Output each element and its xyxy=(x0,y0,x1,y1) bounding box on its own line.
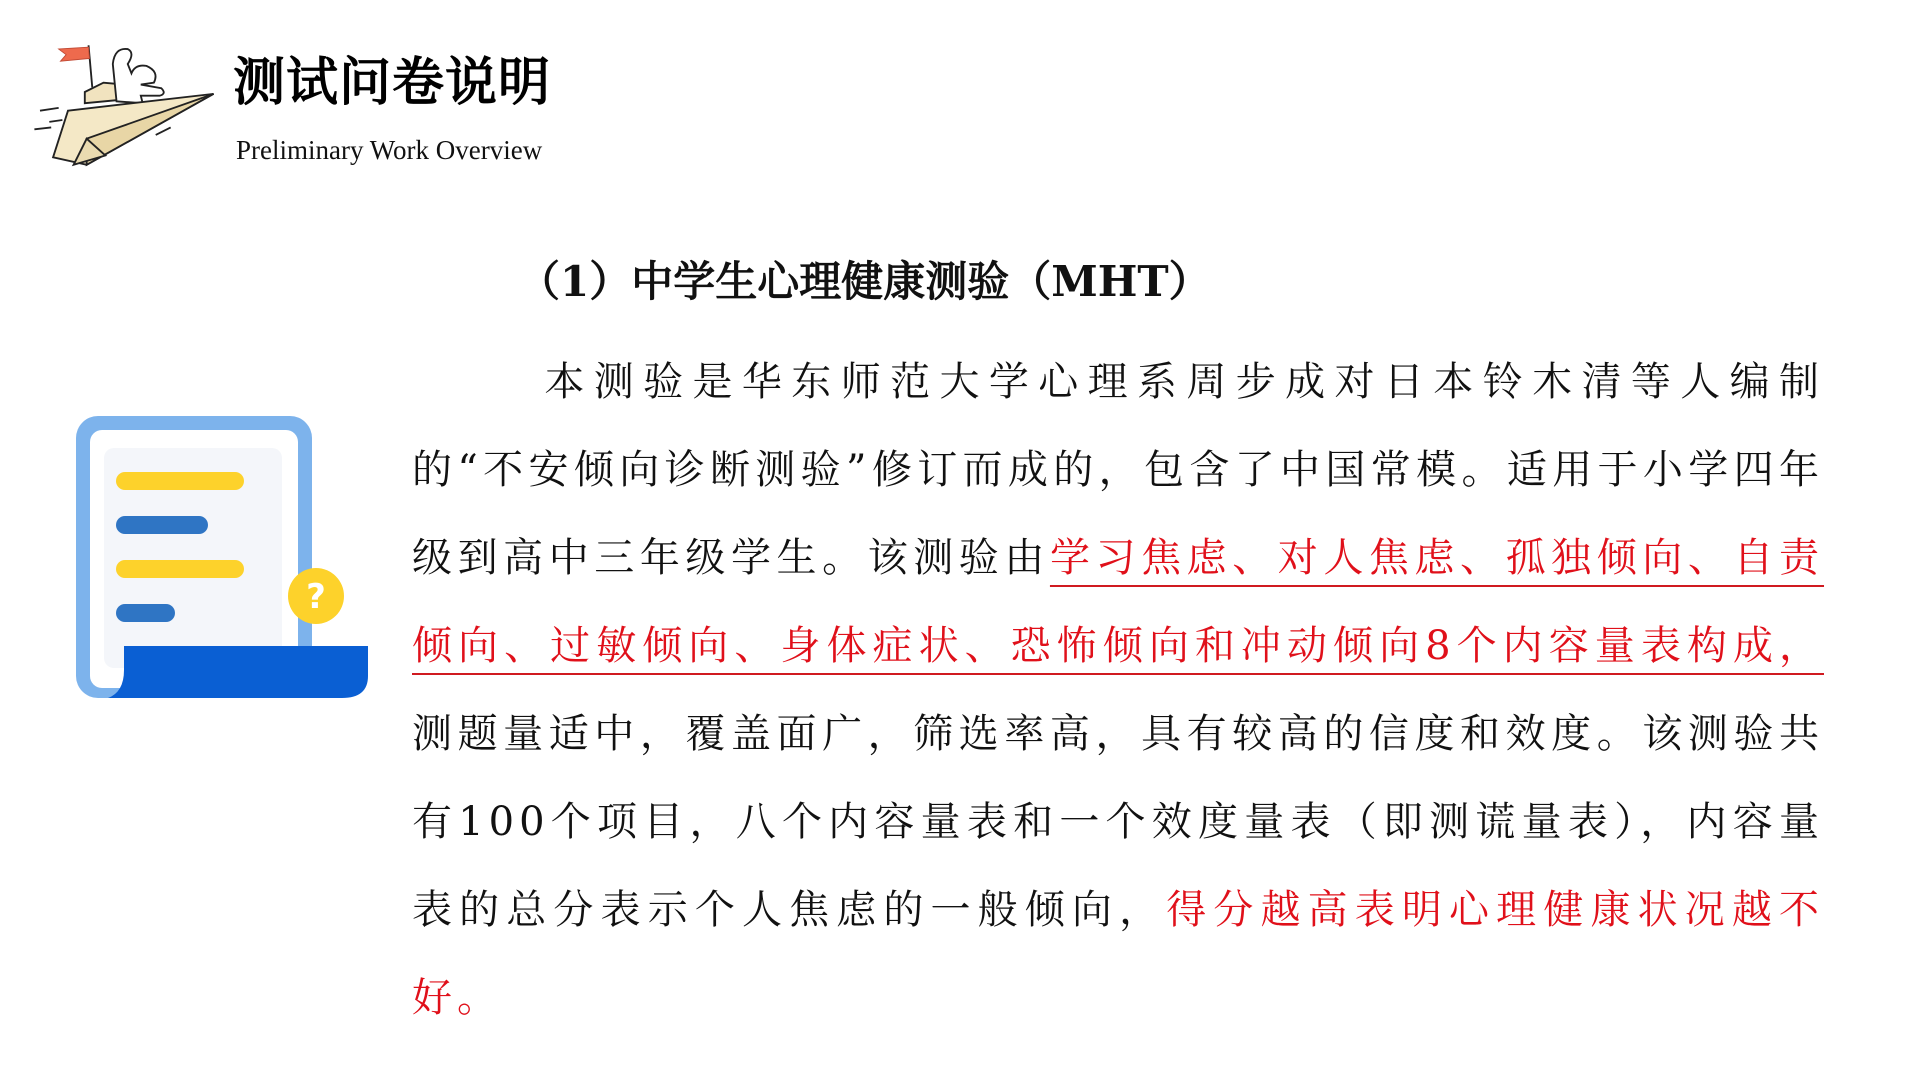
page-title: 测试问卷说明 xyxy=(233,48,551,118)
page-subtitle: Preliminary Work Overview xyxy=(236,134,542,166)
section-paragraph: 本测验是华东师范大学心理系周步成对日本铃木清等人编制的“不安倾向诊断测验”修订而… xyxy=(412,338,1824,1042)
document-question-icon: ? xyxy=(72,410,372,710)
section-heading: （1）中学生心理健康测验（MHT） xyxy=(518,252,1211,312)
paper-plane-logo-icon xyxy=(26,36,222,176)
svg-text:?: ? xyxy=(306,577,326,617)
